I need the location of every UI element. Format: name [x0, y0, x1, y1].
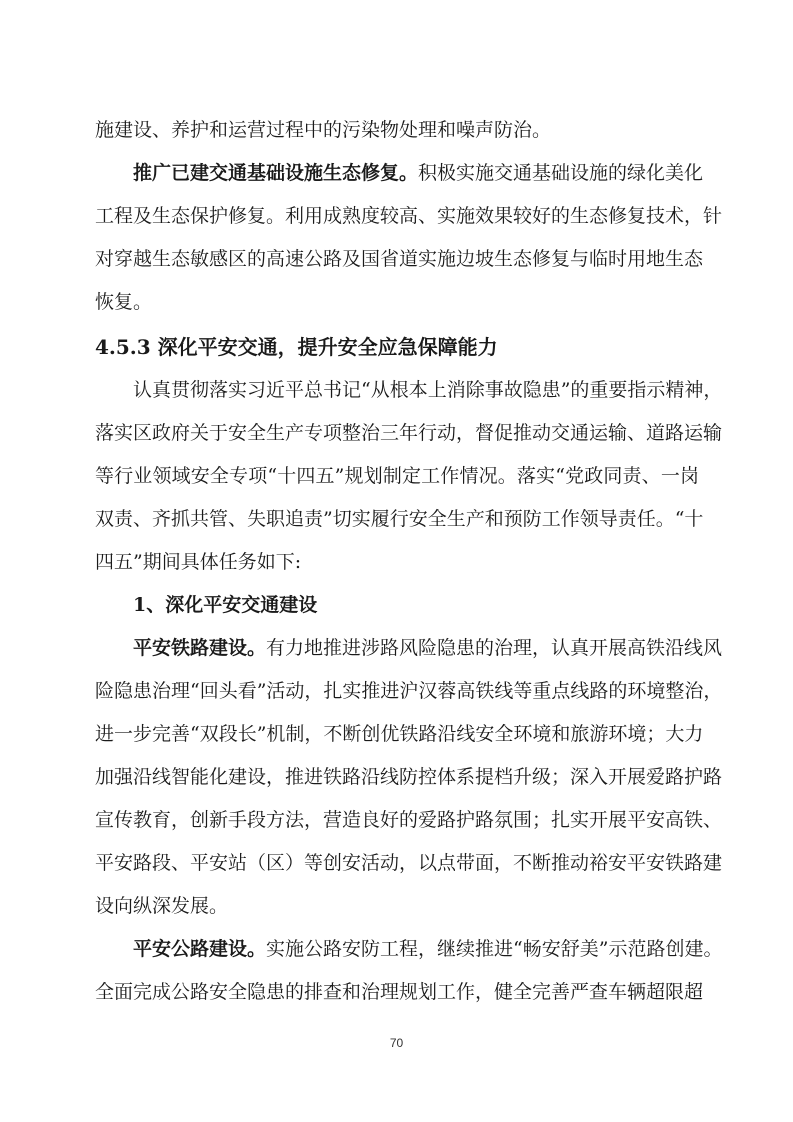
body-text: 恢复。 — [95, 291, 152, 313]
body-text: 施建设、养护和运营过程中的污染物处理和噪声防治。 — [95, 119, 551, 141]
text-line: 对穿越生态敏感区的高速公路及国省道实施边坡生态修复与临时用地生态 — [95, 244, 699, 274]
text-line: 施建设、养护和运营过程中的污染物处理和噪声防治。 — [95, 115, 699, 145]
text-line: 加强沿线智能化建设，推进铁路沿线防控体系提档升级；深入开展爱路护路 — [95, 762, 699, 792]
text-line: 险隐患治理“回头看”活动，扎实推进沪汉蓉高铁线等重点线路的环境整治， — [95, 676, 699, 706]
body-text: 认真贯彻落实习近平总书记“从根本上消除事故隐患”的重要指示精神， — [133, 379, 722, 401]
page-number: 70 — [0, 1036, 793, 1050]
text-line: 宣传教育，创新手段方法，营造良好的爱路护路氛围；扎实开展平安高铁、 — [95, 805, 699, 835]
bold-lead-text: 平安公路建设。 — [133, 938, 266, 960]
body-text: 等行业领域安全专项“十四五”规划制定工作情况。落实“党政同责、一岗 — [95, 465, 699, 487]
body-text: 有力地推进涉路风险隐患的治理，认真开展高铁沿线风 — [266, 637, 722, 659]
body-text: 全面完成公路安全隐患的排查和治理规划工作，健全完善严查车辆超限超 — [95, 981, 703, 1003]
text-line: 工程及生态保护修复。利用成熟度较高、实施效果较好的生态修复技术，针 — [95, 201, 699, 231]
body-text: 险隐患治理“回头看”活动，扎实推进沪汉蓉高铁线等重点线路的环境整治， — [95, 680, 722, 702]
section-heading: 4.5.3 深化平安交通，提升安全应急保障能力 — [95, 332, 699, 362]
body-text: 实施公路安防工程，继续推进“畅安舒美”示范路创建。 — [266, 938, 722, 960]
body-text: 积极实施交通基础设施的绿化美化 — [418, 162, 703, 184]
text-line: 认真贯彻落实习近平总书记“从根本上消除事故隐患”的重要指示精神， — [133, 375, 699, 405]
body-text: 平安路段、平安站（区）等创安活动，以点带面，不断推动裕安平安铁路建 — [95, 852, 722, 874]
text-line: 设向纵深发展。 — [95, 891, 699, 921]
document-page: 施建设、养护和运营过程中的污染物处理和噪声防治。推广已建交通基础设施生态修复。积… — [0, 0, 793, 1122]
text-line: 1、深化平安交通建设 — [133, 590, 699, 620]
body-text: 进一步完善“双段长”机制，不断创优铁路沿线安全环境和旅游环境；大力 — [95, 723, 703, 745]
text-line: 进一步完善“双段长”机制，不断创优铁路沿线安全环境和旅游环境；大力 — [95, 719, 699, 749]
body-text: 宣传教育，创新手段方法，营造良好的爱路护路氛围；扎实开展平安高铁、 — [95, 809, 722, 831]
body-text: 落实区政府关于安全生产专项整治三年行动，督促推动交通运输、道路运输 — [95, 422, 722, 444]
bold-lead-text: 平安铁路建设。 — [133, 637, 266, 659]
text-line: 四五”期间具体任务如下: — [95, 547, 699, 577]
body-text: 双责、齐抓共管、失职追责”切实履行安全生产和预防工作领导责任。“十 — [95, 508, 703, 530]
text-line: 平安铁路建设。有力地推进涉路风险隐患的治理，认真开展高铁沿线风 — [133, 633, 699, 663]
text-line: 等行业领域安全专项“十四五”规划制定工作情况。落实“党政同责、一岗 — [95, 461, 699, 491]
body-text: 加强沿线智能化建设，推进铁路沿线防控体系提档升级；深入开展爱路护路 — [95, 766, 722, 788]
text-line: 双责、齐抓共管、失职追责”切实履行安全生产和预防工作领导责任。“十 — [95, 504, 699, 534]
body-text: 工程及生态保护修复。利用成熟度较高、实施效果较好的生态修复技术，针 — [95, 205, 722, 227]
bold-lead-text: 1、深化平安交通建设 — [133, 594, 317, 616]
body-text: 对穿越生态敏感区的高速公路及国省道实施边坡生态修复与临时用地生态 — [95, 248, 703, 270]
bold-lead-text: 4.5.3 深化平安交通，提升安全应急保障能力 — [95, 335, 498, 359]
bold-lead-text: 推广已建交通基础设施生态修复。 — [133, 162, 418, 184]
text-line: 全面完成公路安全隐患的排查和治理规划工作，健全完善严查车辆超限超 — [95, 977, 699, 1007]
text-line: 推广已建交通基础设施生态修复。积极实施交通基础设施的绿化美化 — [133, 158, 699, 188]
text-line: 恢复。 — [95, 287, 699, 317]
text-line: 平安路段、平安站（区）等创安活动，以点带面，不断推动裕安平安铁路建 — [95, 848, 699, 878]
text-line: 平安公路建设。实施公路安防工程，继续推进“畅安舒美”示范路创建。 — [133, 934, 699, 964]
body-text: 四五”期间具体任务如下: — [95, 551, 301, 573]
text-line: 落实区政府关于安全生产专项整治三年行动，督促推动交通运输、道路运输 — [95, 418, 699, 448]
body-text: 设向纵深发展。 — [95, 895, 228, 917]
